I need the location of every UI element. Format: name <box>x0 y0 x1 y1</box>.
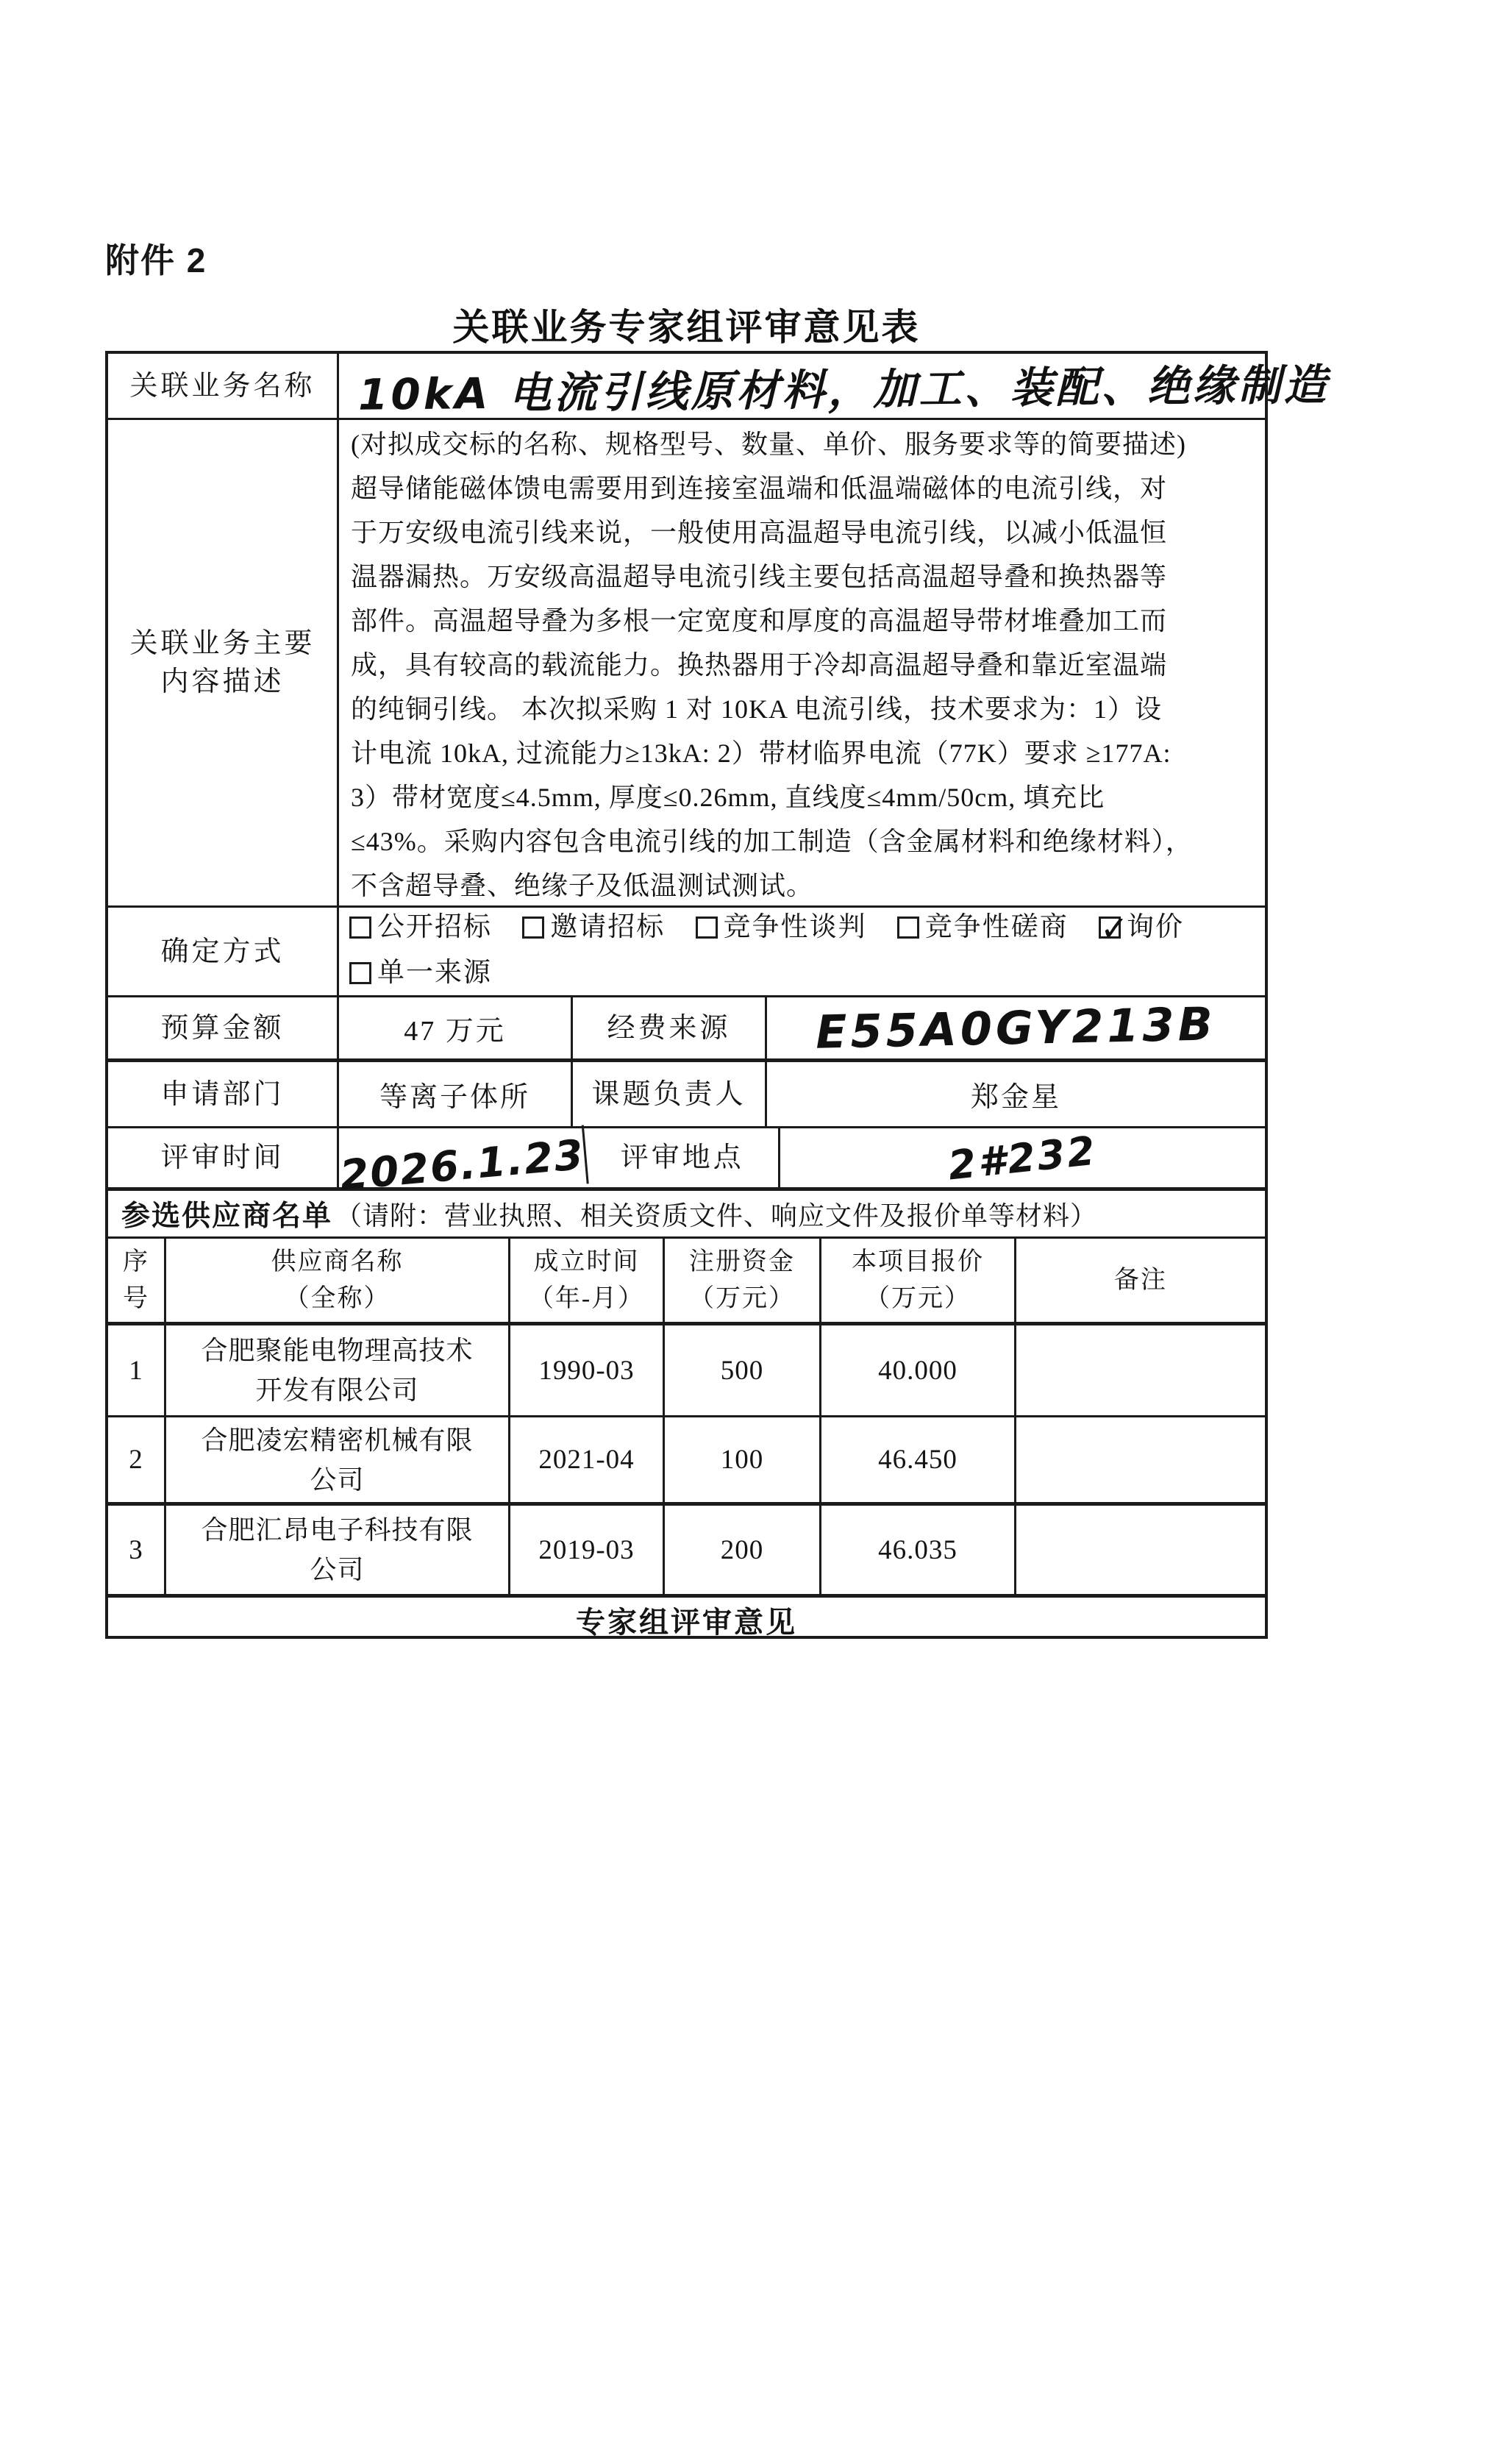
budget-label: 预算金额 <box>108 997 339 1058</box>
funding-source-label: 经费来源 <box>573 997 767 1058</box>
supplier-2-price: 46.450 <box>821 1417 1016 1502</box>
col-header-line: 本项目报价 <box>852 1248 984 1277</box>
review-form-table: 关联业务名称 10kA 电流引线原材料，加工、装配、绝缘制造 关联业务主要 内容… <box>105 351 1268 1639</box>
checkbox-competitive-negotiation <box>696 917 718 939</box>
supplier-3-no: 3 <box>108 1506 166 1594</box>
review-time-label: 评审时间 <box>108 1128 339 1187</box>
supplier-1-price: 40.000 <box>821 1325 1016 1415</box>
col-header-line: 序 <box>123 1248 149 1277</box>
col-header-capital: 注册资金 （万元） <box>665 1239 821 1322</box>
option-competitive-negotiation: 竞争性谈判 <box>696 906 867 949</box>
supplier-3-capital: 200 <box>665 1506 821 1594</box>
col-header-line: 备注 <box>1114 1266 1167 1295</box>
option-competitive-consultation: 竞争性磋商 <box>897 906 1069 949</box>
col-header-line: （万元） <box>865 1284 971 1314</box>
supplier-2-name: 合肥凌宏精密机械有限公司 <box>166 1417 510 1502</box>
review-time-row: 评审时间 2026.1.23 评审地点 2#232 <box>108 1128 1265 1191</box>
checkbox-inquiry <box>1099 917 1121 939</box>
checkbox-single-source <box>349 962 371 984</box>
option-label: 竞争性谈判 <box>724 906 867 949</box>
department-value: 等离子体所 <box>339 1062 573 1126</box>
budget-value: 47 万元 <box>339 997 573 1058</box>
col-header-line: （万元） <box>689 1284 795 1314</box>
method-options: 公开招标 邀请招标 竞争性谈判 竞争性磋商 询价 单一来源 <box>339 908 1265 995</box>
supplier-row-1: 1 合肥聚能电物理高技术开发有限公司 1990-03 500 40.000 <box>108 1325 1265 1417</box>
supplier-list-note: （请附：营业执照、相关资质文件、响应文件及报价单等材料） <box>335 1195 1097 1233</box>
option-label: 单一来源 <box>377 952 492 994</box>
business-name-row: 关联业务名称 10kA 电流引线原材料，加工、装配、绝缘制造 <box>108 354 1265 420</box>
business-name-label: 关联业务名称 <box>108 354 339 418</box>
col-header-supplier-name: 供应商名称 （全称） <box>166 1239 510 1322</box>
col-header-line: 供应商名称 <box>271 1248 404 1277</box>
method-options-line2: 单一来源 <box>349 952 514 997</box>
budget-row: 预算金额 47 万元 经费来源 E55A0GY213B <box>108 997 1265 1062</box>
attachment-label: 附件 2 <box>105 234 207 282</box>
supplier-row-3: 3 合肥汇昂电子科技有限公司 2019-03 200 46.035 <box>108 1506 1265 1598</box>
col-header-line: 号 <box>123 1284 149 1314</box>
supplier-1-name: 合肥聚能电物理高技术开发有限公司 <box>166 1325 510 1415</box>
option-invited-bidding: 邀请招标 <box>522 906 665 949</box>
option-label: 公开招标 <box>377 906 492 949</box>
business-name-value-handwritten: 10kA 电流引线原材料，加工、装配、绝缘制造 <box>339 349 1330 423</box>
supplier-3-note <box>1016 1506 1265 1594</box>
supplier-3-name: 合肥汇昂电子科技有限公司 <box>166 1506 510 1594</box>
method-row: 确定方式 公开招标 邀请招标 竞争性谈判 竞争性磋商 询价 单一来源 <box>108 908 1265 997</box>
description-label: 关联业务主要 内容描述 <box>108 420 339 905</box>
department-row: 申请部门 等离子体所 课题负责人 郑金星 <box>108 1062 1265 1128</box>
description-text: (对拟成交标的名称、规格型号、数量、单价、服务要求等的简要描述) 超导储能磁体馈… <box>339 420 1265 905</box>
supplier-2-note <box>1016 1417 1265 1502</box>
funding-source-value-handwritten: E55A0GY213B <box>766 992 1266 1064</box>
supplier-list-header-row: 参选供应商名单 （请附：营业执照、相关资质文件、响应文件及报价单等材料） <box>108 1191 1265 1239</box>
supplier-3-price: 46.035 <box>821 1506 1016 1594</box>
option-public-bidding: 公开招标 <box>349 906 492 949</box>
col-header-line: 成立时间 <box>534 1248 640 1277</box>
col-header-no: 序 号 <box>108 1239 166 1322</box>
supplier-2-capital: 100 <box>665 1417 821 1502</box>
option-single-source: 单一来源 <box>349 952 492 994</box>
supplier-1-capital: 500 <box>665 1325 821 1415</box>
description-row: 关联业务主要 内容描述 (对拟成交标的名称、规格型号、数量、单价、服务要求等的简… <box>108 420 1265 908</box>
department-label: 申请部门 <box>108 1062 339 1126</box>
method-label: 确定方式 <box>108 908 339 995</box>
expert-opinion-header: 专家组评审意见 <box>108 1598 1265 1642</box>
col-header-founded: 成立时间 （年-月） <box>510 1239 665 1322</box>
option-label: 竞争性磋商 <box>925 906 1069 949</box>
option-label: 询价 <box>1127 906 1184 949</box>
option-label: 邀请招标 <box>550 906 665 949</box>
supplier-2-founded: 2021-04 <box>510 1417 665 1502</box>
supplier-list-title: 参选供应商名单 <box>121 1193 332 1234</box>
checkbox-public-bidding <box>349 917 371 939</box>
col-header-line: （全称） <box>285 1284 391 1314</box>
expert-opinion-header-row: 专家组评审意见 <box>108 1598 1265 1642</box>
col-header-price: 本项目报价 （万元） <box>821 1239 1016 1322</box>
page-title: 关联业务专家组评审意见表 <box>105 298 1268 351</box>
supplier-1-founded: 1990-03 <box>510 1325 665 1415</box>
review-place-label: 评审地点 <box>586 1128 780 1187</box>
checkbox-invited-bidding <box>522 917 544 939</box>
method-options-line1: 公开招标 邀请招标 竞争性谈判 竞争性磋商 询价 <box>349 906 1206 952</box>
checkbox-competitive-consultation <box>897 917 919 939</box>
leader-label: 课题负责人 <box>573 1062 767 1126</box>
supplier-table-header-row: 序 号 供应商名称 （全称） 成立时间 （年-月） 注册资金 （万元） 本项目报… <box>108 1239 1265 1325</box>
supplier-row-2: 2 合肥凌宏精密机械有限公司 2021-04 100 46.450 <box>108 1417 1265 1506</box>
supplier-2-no: 2 <box>108 1417 166 1502</box>
supplier-1-no: 1 <box>108 1325 166 1415</box>
supplier-1-note <box>1016 1325 1265 1415</box>
col-header-line: 注册资金 <box>689 1248 795 1277</box>
supplier-3-founded: 2019-03 <box>510 1506 665 1594</box>
option-inquiry: 询价 <box>1099 906 1184 949</box>
supplier-list-header: 参选供应商名单 （请附：营业执照、相关资质文件、响应文件及报价单等材料） <box>108 1191 1265 1236</box>
col-header-line: （年-月） <box>529 1284 644 1314</box>
col-header-note: 备注 <box>1016 1239 1265 1322</box>
